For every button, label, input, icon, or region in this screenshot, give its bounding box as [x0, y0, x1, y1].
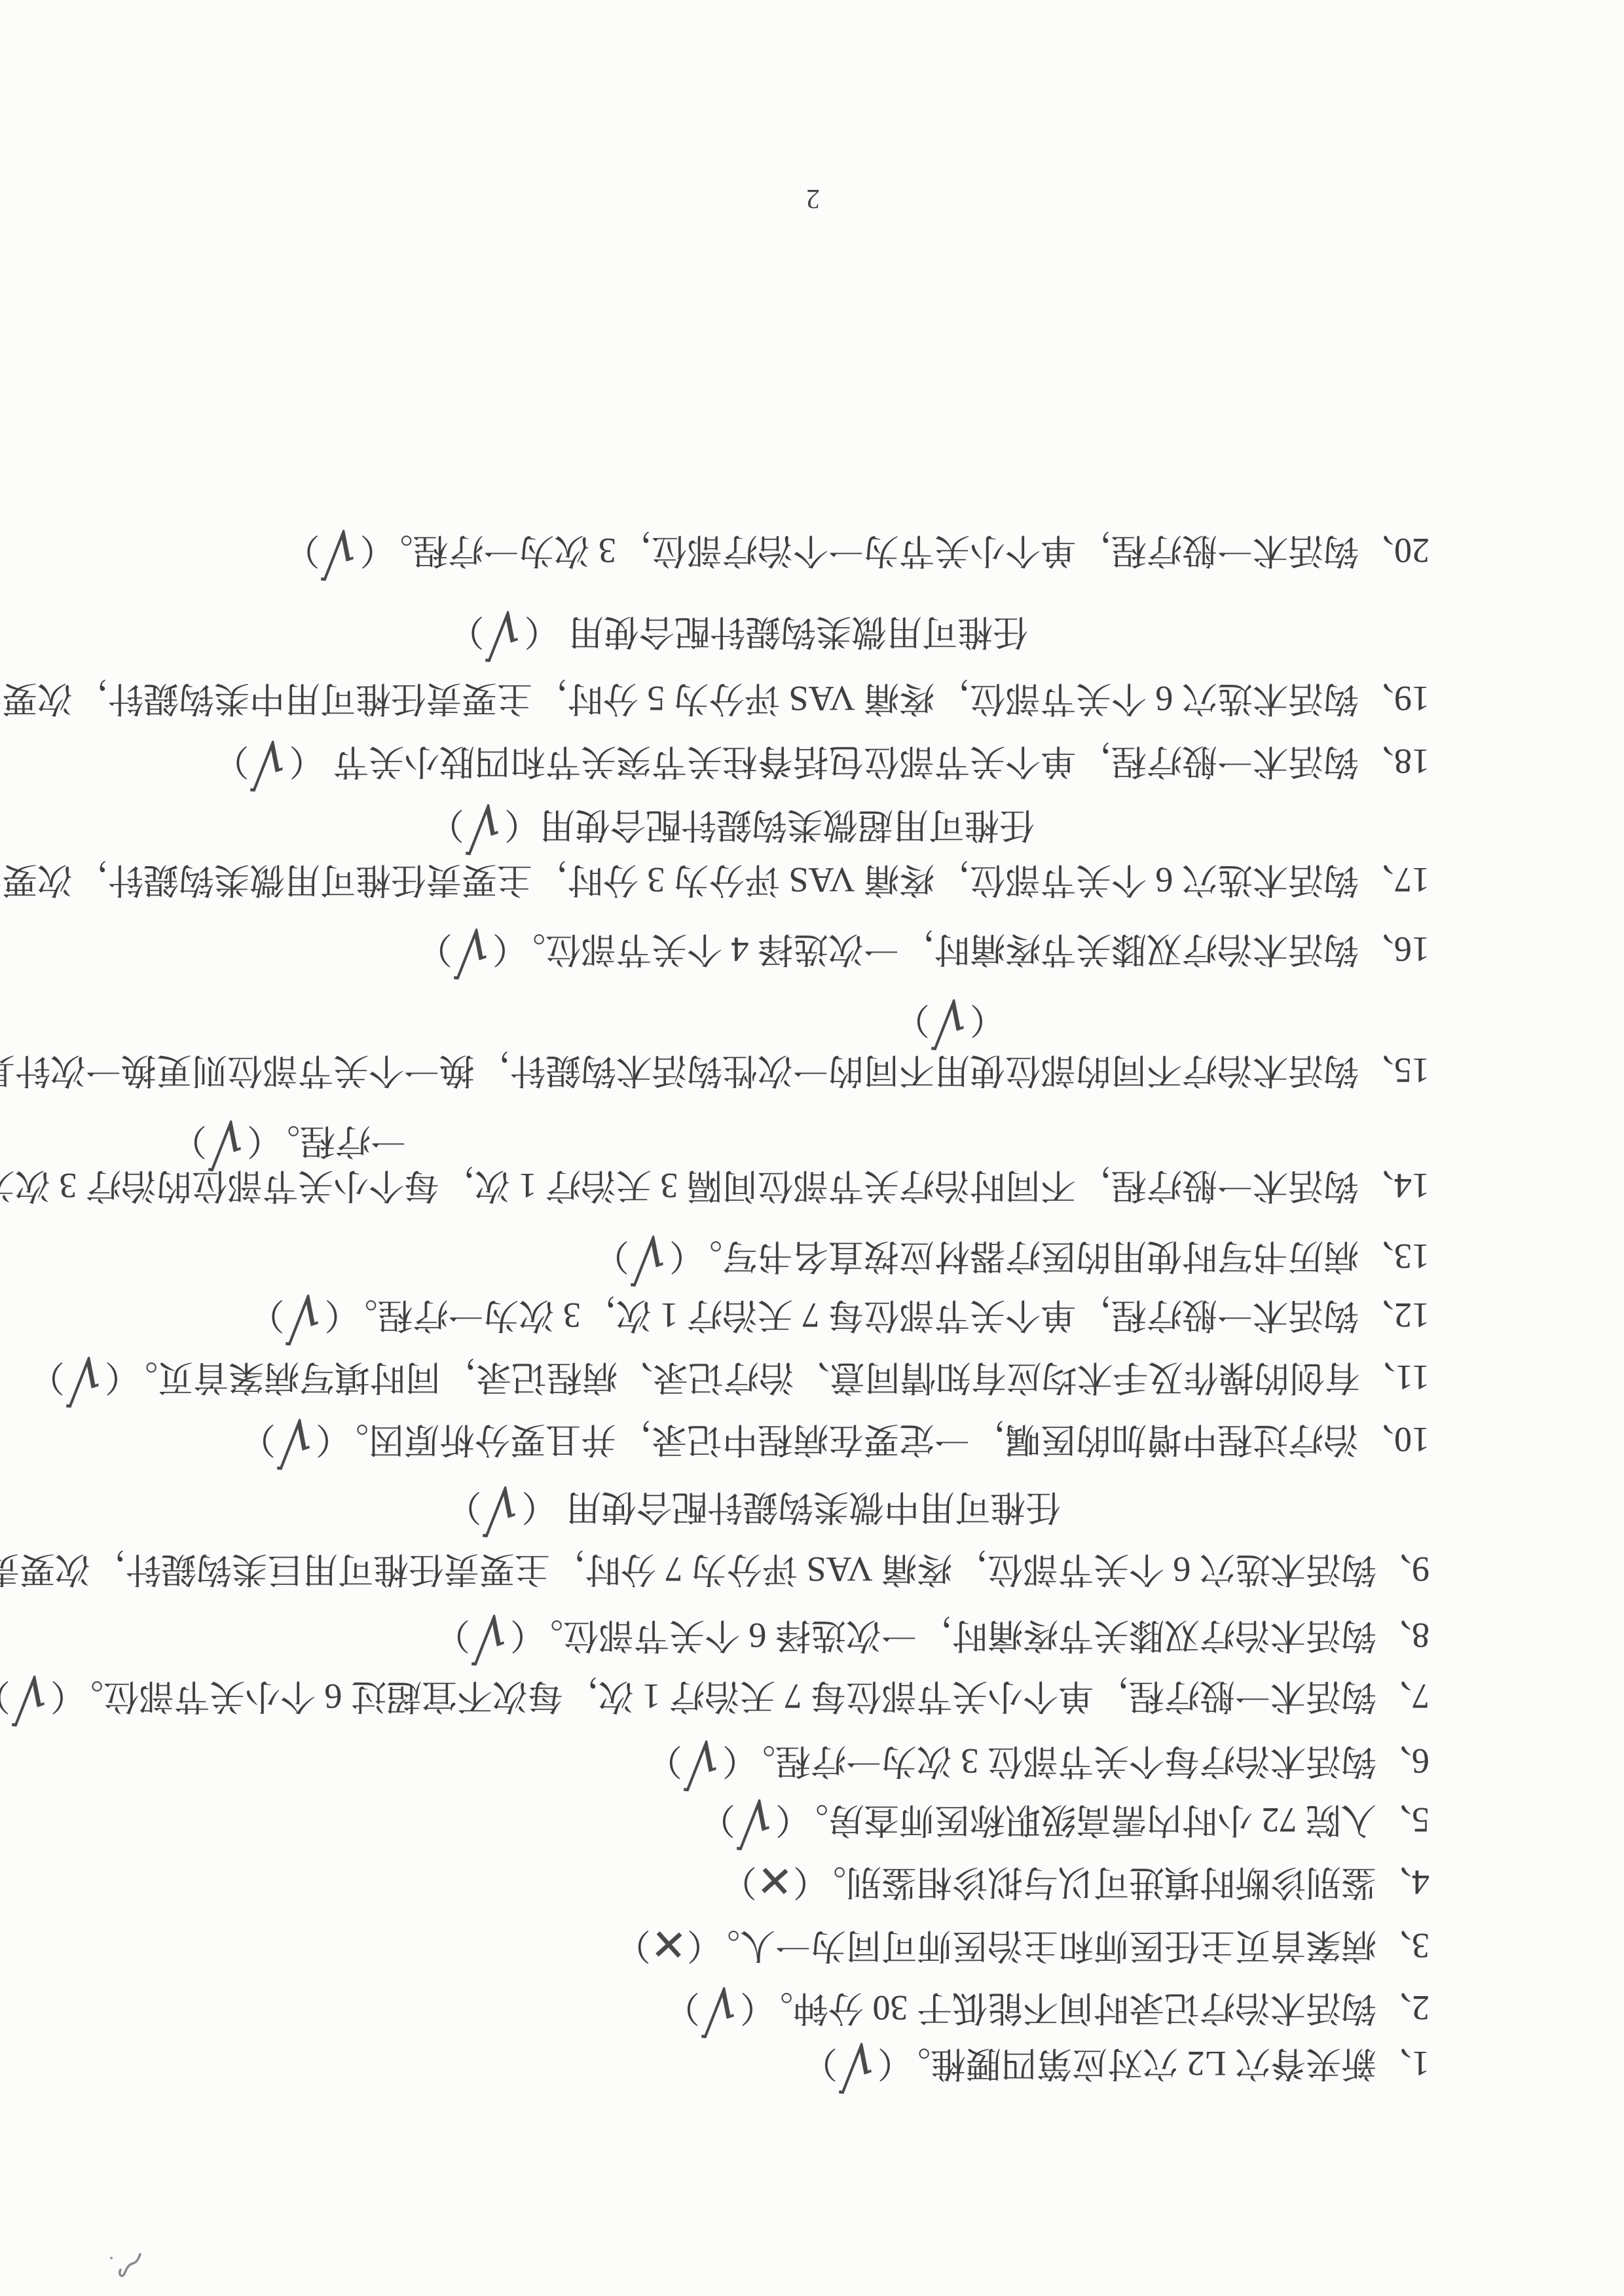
question-text: 7、钩活术一般疗程，单个小关节部位每 7 天治疗 1 次，每次不宜超过 6 个小… [50, 1677, 1430, 1716]
question-line-5: 5、入院 72 小时内需高级职称医师查房。（√） [700, 1797, 1430, 1843]
answer-mark: √ [456, 950, 489, 953]
question-line-16: 16、钩活术治疗双膝关节疼痛时，一次选择 4 个关节部位。（√） [417, 926, 1430, 972]
question-text: ） [802, 2044, 838, 2083]
question-text: 18、钩活术一般疗程，单个关节部位包括脊柱关节突关节和四肢小关节 （ [289, 742, 1430, 781]
question-text: 11、有创的操作及手术均应有知情同意、治疗记录、病程记录，同时填写病案首页。（ [105, 1358, 1430, 1397]
question-line-3: 3、病案首页主任医师和主治医师可同为一人。（✕） [616, 1923, 1430, 1969]
question-text: ） [213, 742, 249, 781]
question-text: ） [446, 1487, 481, 1527]
question-line-12: 12、钩活术一般疗程，单个关节部位每 7 天治疗 1 次，3 次为一疗程。（√） [249, 1292, 1430, 1338]
answer-mark: √ [489, 632, 521, 635]
question-text: 8、钩活术治疗双膝关节疼痛时，一次选择 6 个关节部位。（ [510, 1616, 1430, 1655]
question-text: 13、病历书写时使用的医疗器材应按直名书写。（ [669, 1237, 1430, 1276]
question-text: ） [429, 805, 464, 845]
question-text: 9、钩活术选穴 6 个关节部位，疼痛 VAS 评分为 7 分时，主要责任椎可用巨… [0, 1550, 1430, 1589]
question-text: ） [284, 531, 320, 570]
question-text: 19、钩活术选穴 6 个关节部位，疼痛 VAS 评分为 5 分时，主要责任椎可用… [0, 679, 1430, 718]
question-text: ） [665, 1988, 700, 2028]
question-line-10: 10、治疗过程中增加的医嘱，一定要在病程中记录，并且要分析原因。（√） [240, 1417, 1430, 1463]
question-line-17-cont: 任椎可用超微类钩鍉针配合使用（√） [429, 802, 1035, 848]
question-text: ） [0, 1677, 10, 1716]
answer-mark: ✕ [651, 1942, 687, 1944]
question-text: ） [895, 1000, 930, 1040]
question-line-15-cont: （√） [895, 997, 1005, 1043]
question-text: ） [240, 1420, 276, 1459]
question-text: 1、新夹脊穴 L2 穴对应第四腰椎。（ [877, 2044, 1430, 2083]
pen-scribble-mark [98, 2240, 144, 2283]
question-line-13: 13、病历书写时使用的医疗器材应按直名书写。（√） [594, 1233, 1430, 1279]
answer-mark: √ [253, 762, 286, 765]
question-text: ） [249, 1296, 284, 1335]
question-text: 2、钩活术治疗记录时间不能低于 30 分钟。（ [740, 1988, 1430, 2028]
answer-mark: ✕ [757, 1879, 793, 1881]
question-text: ） [417, 930, 452, 969]
question-line-19-cont: 任椎可用微类钩鍉针配合使用 （√） [449, 609, 1028, 655]
question-line-11: 11、有创的操作及手术均应有知情同意、治疗记录、病程记录，同时填写病案首页。（√… [29, 1355, 1430, 1400]
question-line-14-cont: 一疗程。（√） [172, 1118, 406, 1164]
answer-mark: √ [211, 1142, 243, 1144]
question-line-6: 6、钩活术治疗每个关节部位 3 次为一疗程。（√） [647, 1738, 1430, 1784]
question-line-9: 9、钩活术选穴 6 个关节部位，疼痛 VAS 评分为 7 分时，主要责任椎可用巨… [0, 1546, 1430, 1592]
question-line-15: 15、钩活术治疗不同的部位使用不同的一次性钩活术钩鍉针，换一个关节部位则更换一次… [0, 1048, 1430, 1093]
question-line-19: 19、钩活术选穴 6 个关节部位，疼痛 VAS 评分为 5 分时，主要责任椎可用… [0, 676, 1430, 721]
question-text: 16、钩活术治疗双膝关节疼痛时，一次选择 4 个关节部位。（ [492, 930, 1430, 969]
answer-mark: √ [704, 2009, 736, 2011]
question-text: 12、钩活术一般疗程，单个关节部位每 7 天治疗 1 次，3 次为一疗程。（ [325, 1296, 1430, 1335]
question-line-7: 7、钩活术一般疗程，单个小关节部位每 7 天治疗 1 次，每次不宜超过 6 个小… [0, 1673, 1430, 1719]
question-text: 6、钩活术治疗每个关节部位 3 次为一疗程。（ [722, 1741, 1430, 1781]
question-text: 任椎可用超微类钩鍉针配合使用（ [504, 805, 1035, 845]
answer-mark: √ [468, 826, 500, 828]
question-line-18: 18、钩活术一般疗程，单个关节部位包括脊柱关节突关节和四肢小关节 （√） [213, 738, 1430, 784]
question-text: ） [594, 1237, 629, 1276]
answer-mark: √ [280, 1440, 312, 1443]
question-line-8: 8、钩活术治疗双膝关节疼痛时，一次选择 6 个关节部位。（√） [435, 1613, 1430, 1658]
answer-mark: √ [934, 1021, 966, 1023]
question-text: ） [722, 1863, 757, 1902]
question-line-20: 20、钩活术一般疗程，单个小关节为一个治疗部位，3 次为一疗程。（√） [284, 528, 1430, 574]
answer-mark: √ [841, 2064, 874, 2067]
question-text: 15、钩活术治疗不同的部位使用不同的一次性钩活术钩鍉针，换一个关节部位则更换一次… [0, 1051, 1430, 1090]
answer-mark: √ [324, 551, 356, 554]
question-text: 5、入院 72 小时内需高级职称医师查房。（ [775, 1800, 1430, 1840]
answer-mark: √ [739, 1821, 771, 1823]
question-line-17: 17、钩活术选穴 6 个关节部位，疼痛 VAS 评分为 3 分时，主要责任椎可用… [0, 857, 1430, 903]
question-text: ） [449, 612, 484, 651]
question-text: 一疗程。（ [247, 1121, 406, 1161]
question-line-9-cont: 任椎可用中微类钩鍉针配合使用 （√） [446, 1484, 1061, 1530]
answer-mark: √ [686, 1762, 718, 1764]
question-text: 任椎可用中微类钩鍉针配合使用 （ [522, 1487, 1061, 1527]
question-text: ） [172, 1121, 207, 1161]
question-text: ） [647, 1741, 682, 1781]
question-text: 3、病案首页主任医师和主治医师可同为一人。（ [687, 1926, 1430, 1965]
answer-mark: √ [486, 1508, 518, 1510]
question-text: 4、鉴别诊断时填进可以与拟诊相鉴别。（ [793, 1863, 1430, 1902]
answer-mark: √ [14, 1697, 46, 1700]
answer-mark: √ [69, 1378, 101, 1381]
question-text: ） [435, 1616, 470, 1655]
question-text: ） [616, 1926, 651, 1965]
question-text: ） [29, 1358, 65, 1397]
question-text: 10、治疗过程中增加的医嘱，一定要在病程中记录，并且要分析原因。（ [316, 1420, 1430, 1459]
question-text: ） [700, 1800, 735, 1840]
question-line-2: 2、钩活术治疗记录时间不能低于 30 分钟。（√） [665, 1985, 1430, 2031]
question-line-1: 1、新夹脊穴 L2 穴对应第四腰椎。（√） [802, 2041, 1430, 2086]
question-text: 任椎可用微类钩鍉针配合使用 （ [525, 612, 1029, 651]
answer-mark: √ [633, 1257, 665, 1260]
question-text: （ [970, 1000, 1005, 1040]
question-text: 20、钩活术一般疗程，单个小关节为一个治疗部位，3 次为一疗程。（ [360, 531, 1430, 570]
document-content: 1、新夹脊穴 L2 穴对应第四腰椎。（√） 2、钩活术治疗记录时间不能低于 30… [0, 0, 1624, 2296]
page-number: 2 [806, 183, 820, 214]
question-line-4: 4、鉴别诊断时填进可以与拟诊相鉴别。（✕） [722, 1859, 1430, 1905]
answer-mark: √ [289, 1316, 321, 1319]
answer-mark: √ [474, 1636, 506, 1639]
scanned-page: 1、新夹脊穴 L2 穴对应第四腰椎。（√） 2、钩活术治疗记录时间不能低于 30… [0, 0, 1624, 2296]
question-text: 17、钩活术选穴 6 个关节部位，疼痛 VAS 评分为 3 分时，主要责任椎可用… [0, 860, 1430, 900]
